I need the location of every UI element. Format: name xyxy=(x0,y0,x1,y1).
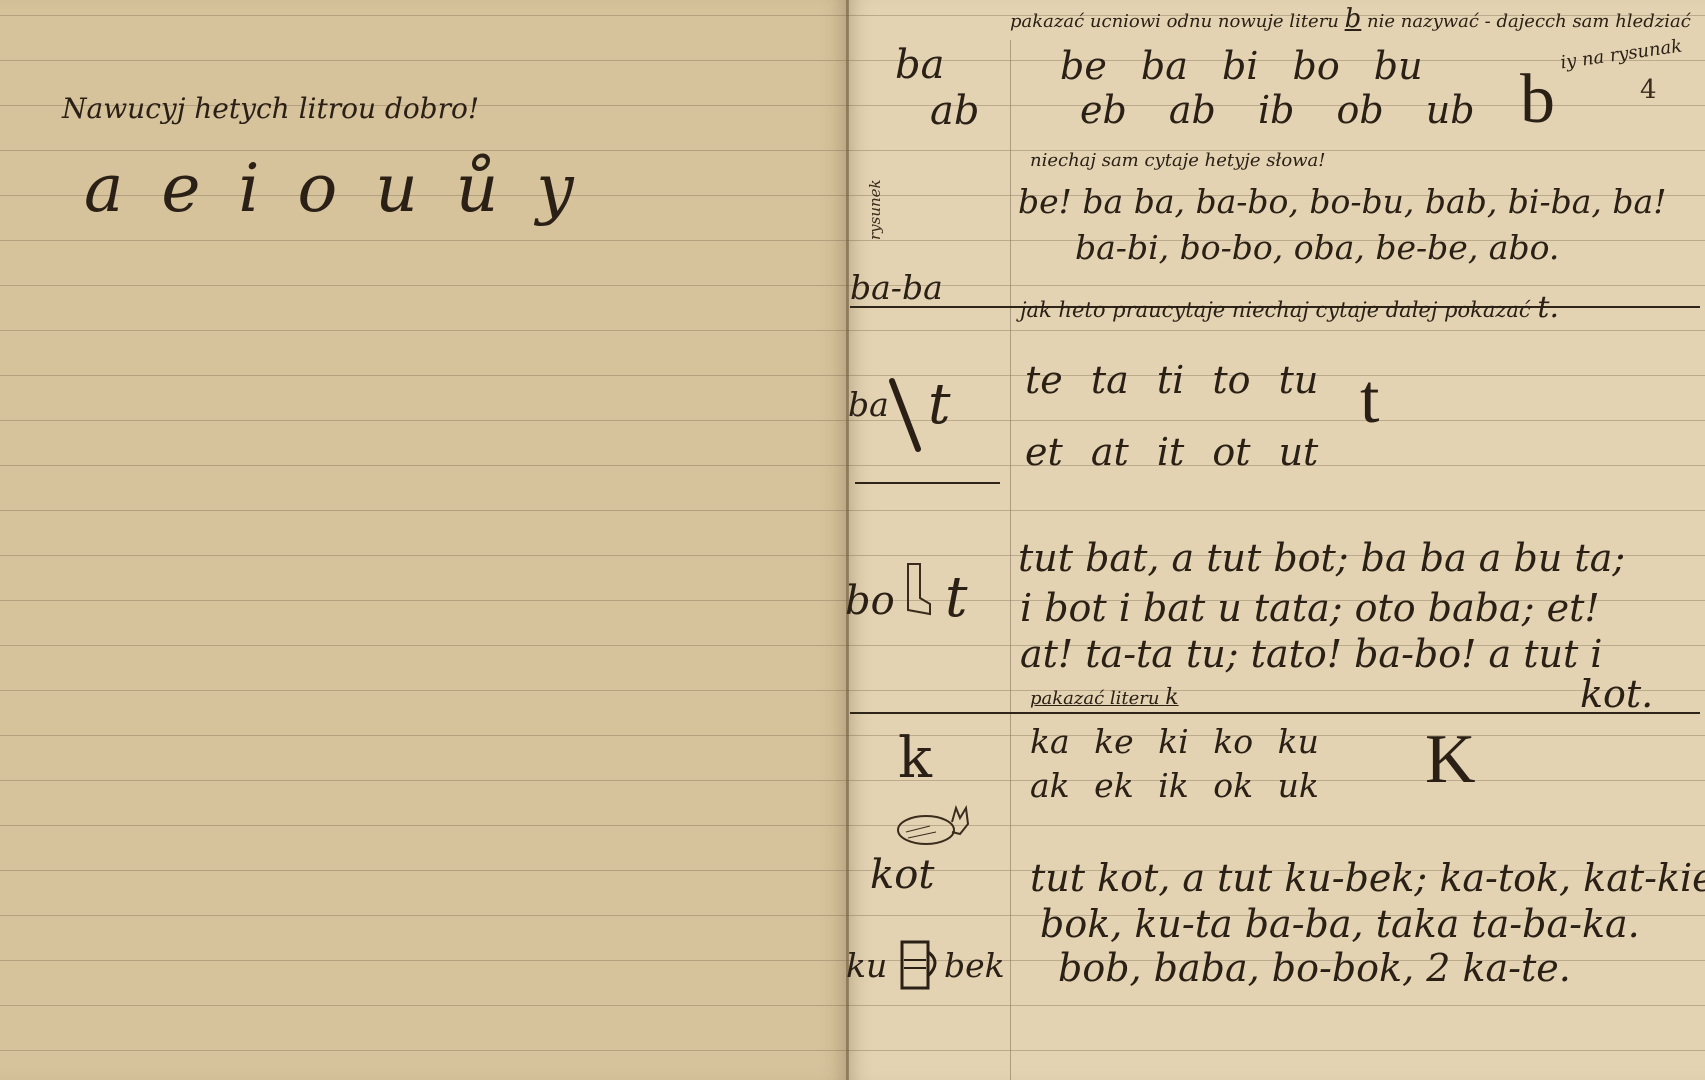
side-word-bek: bek xyxy=(944,946,1005,985)
line-drawing-icon xyxy=(888,375,924,455)
vowel-u: u xyxy=(375,150,456,227)
t-syllables-row1: te ta ti to tu xyxy=(1025,358,1318,402)
t-syllables-row2: et at it ot ut xyxy=(1025,430,1318,474)
bot-reading-line3: at! ta-ta tu; tato! ba-bo! a tut i xyxy=(1020,632,1602,676)
margin-rule xyxy=(1010,40,1011,1080)
b-reading-line2: ba-bi, bo-bo, oba, be-be, abo. xyxy=(1075,228,1559,267)
vowel-o: o xyxy=(298,150,376,227)
bot-reading-line2: i bot i bat u tata; oto baba; et! xyxy=(1020,586,1600,630)
side-letter-k: k xyxy=(898,726,932,791)
t-capital-letter: t xyxy=(1360,360,1379,440)
top-note-letter: b xyxy=(1345,4,1362,34)
vowel-u-ring: ů xyxy=(456,150,537,227)
vowel-e: e xyxy=(161,150,238,227)
b-reading-line1: be! ba ba, ba-bo, bo-bu, bab, bi-ba, ba! xyxy=(1018,182,1666,221)
vowel-a: a xyxy=(84,150,161,227)
side-letter-t: t xyxy=(928,372,951,437)
bot-reading-line1: tut bat, a tut bot; ba ba a bu ta; xyxy=(1018,536,1625,580)
side-word-ab: ab xyxy=(930,88,979,134)
transition-note-text: jak heto praucytaje niechaj cytaje dalej… xyxy=(1020,298,1531,322)
b-capital-letter: b xyxy=(1520,60,1555,140)
side-word-ba: ba xyxy=(895,42,944,88)
b-instruction: niechaj sam cytaje hetyje słowa! xyxy=(1030,150,1326,171)
boot-drawing-icon xyxy=(900,560,936,622)
k-capital-letter: K xyxy=(1425,720,1476,800)
k-reading-line3: bob, baba, bo-bok, 2 ka-te. xyxy=(1058,946,1571,990)
k-note-text: pakazać literu xyxy=(1030,688,1160,709)
cat-drawing-icon xyxy=(890,802,974,852)
b-syllables-row1: be ba bi bo bu xyxy=(1060,44,1423,88)
vowel-y: y xyxy=(536,150,611,227)
k-reading-line2: bok, ku-ta ba-ba, taka ta-ba-ka. xyxy=(1040,902,1640,946)
bot-reading-line3-tail: kot. xyxy=(1580,672,1653,716)
vowel-i: i xyxy=(238,150,297,227)
left-page: Nawucyj hetych litrou dobro! aeiouůy xyxy=(0,0,848,1080)
page-number: 4 xyxy=(1640,75,1657,105)
k-note: pakazać literu k xyxy=(1030,685,1179,710)
side-word-ba-ba: ba-ba xyxy=(850,268,943,307)
side-word-ba-t: ba xyxy=(848,385,889,424)
top-note-text: pakazać ucniowi odnu nowuje literu xyxy=(1010,11,1339,32)
mug-drawing-icon xyxy=(898,938,944,994)
k-syllables-row1: ka ke ki ko ku xyxy=(1030,722,1319,761)
k-reading-line1: tut kot, a tut ku-bek; ka-tok, kat-kie xyxy=(1030,856,1705,900)
notebook-spread: Nawucyj hetych litrou dobro! aeiouůy pak… xyxy=(0,0,1705,1080)
top-note-tail: nie nazywać - dajecch sam hledziać xyxy=(1367,11,1691,32)
side-letter-t2: t xyxy=(945,565,968,630)
k-syllables-row2: ak ek ik ok uk xyxy=(1030,766,1319,805)
t-divider xyxy=(855,482,1000,484)
side-word-bo: bo xyxy=(845,578,895,624)
top-instruction: pakazać ucniowi odnu nowuje literu b nie… xyxy=(1010,4,1691,34)
side-word-kot: kot xyxy=(870,852,934,898)
center-fold xyxy=(846,0,849,1080)
b-syllables-row2: eb ab ib ob ub xyxy=(1080,88,1475,132)
transition-letter: t. xyxy=(1537,290,1559,325)
vertical-margin-note: rysunek xyxy=(866,179,884,240)
vowel-row: aeiouůy xyxy=(84,150,612,227)
k-divider xyxy=(850,712,1700,714)
side-word-ku: ku xyxy=(846,946,887,985)
transition-note: jak heto praucytaje niechaj cytaje dalej… xyxy=(1020,290,1559,325)
left-page-heading: Nawucyj hetych litrou dobro! xyxy=(62,92,479,125)
k-note-letter: k xyxy=(1165,685,1178,710)
